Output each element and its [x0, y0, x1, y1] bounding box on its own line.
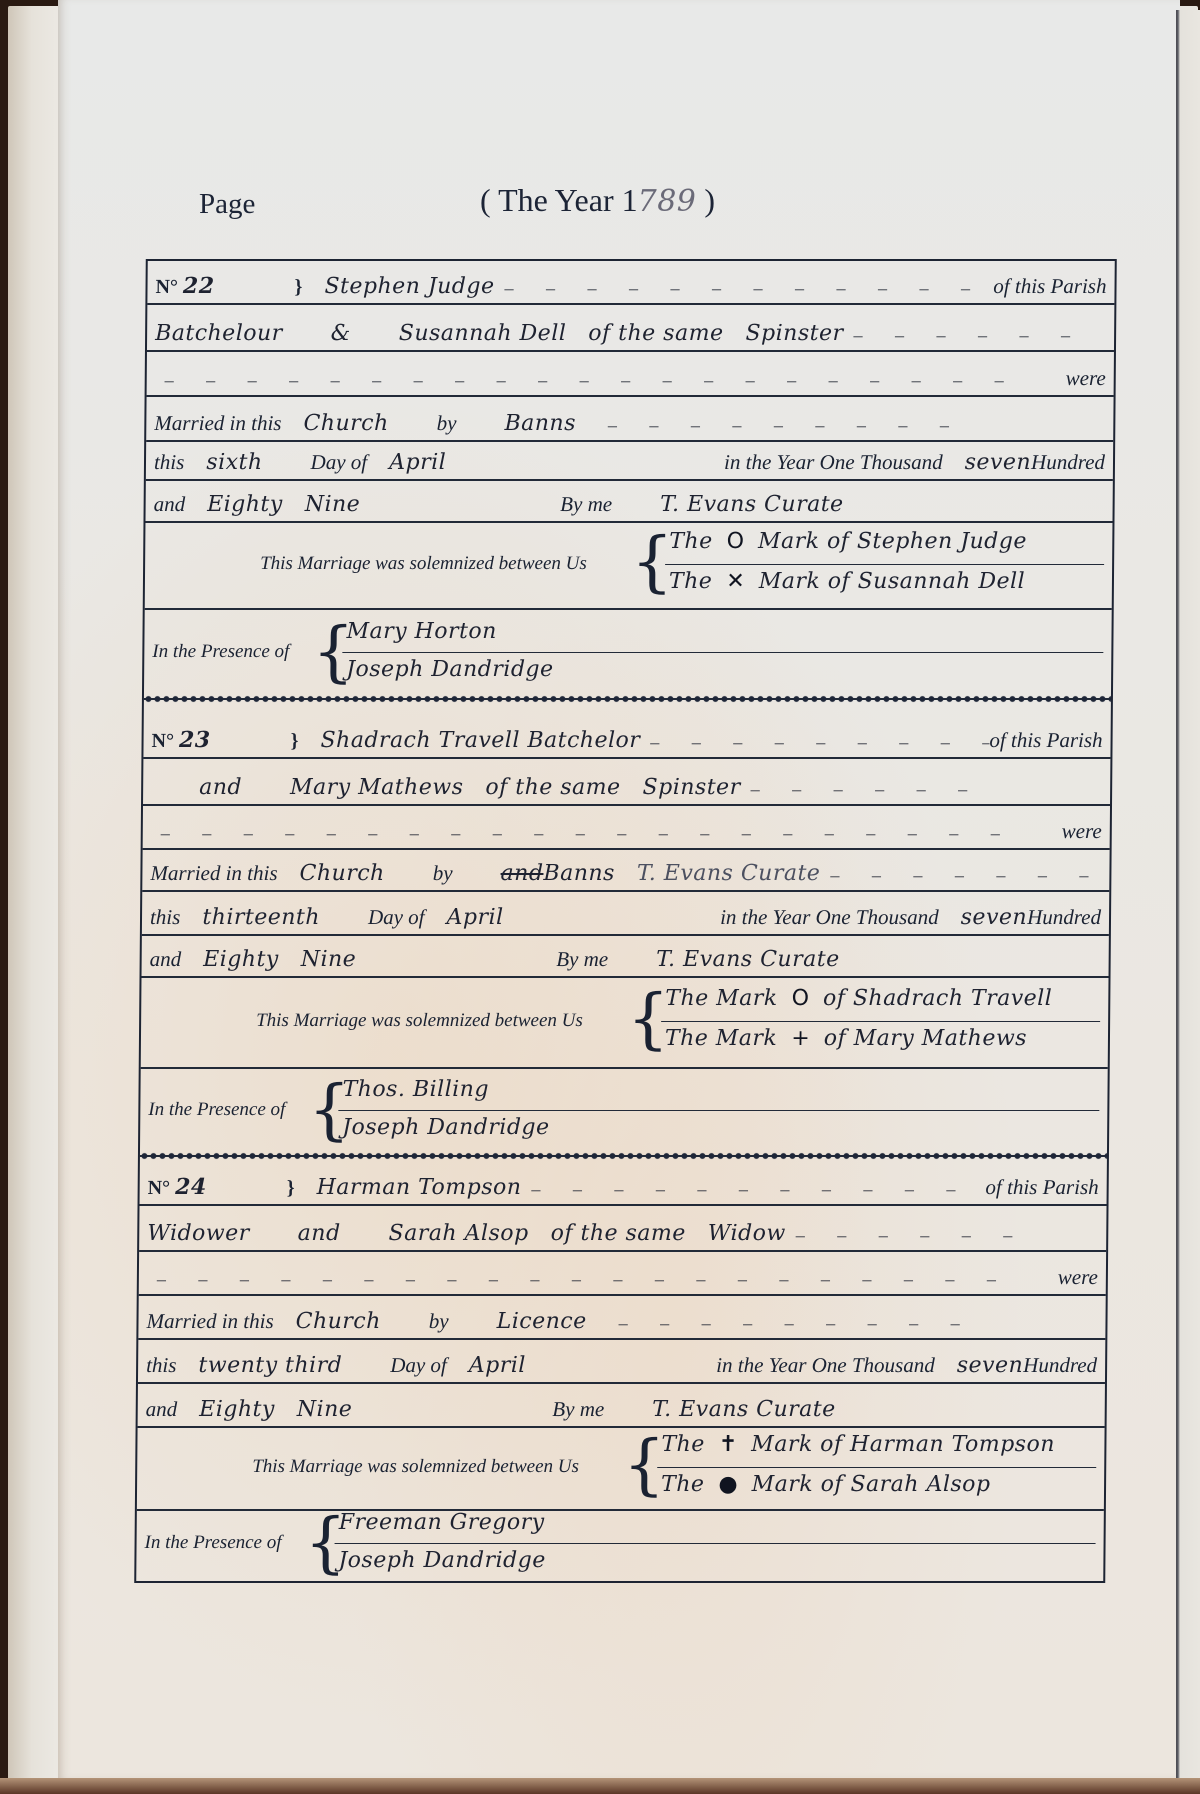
- entry-number-label: N° 22: [155, 273, 214, 299]
- presence-label: In the Presence of: [144, 1532, 281, 1554]
- in-the-year-label: in the Year One Thousand: [724, 450, 943, 475]
- day: sixth: [206, 450, 262, 475]
- witness-1: Freeman Gregory: [335, 1510, 1096, 1544]
- bride-name: Mary Mathews: [290, 775, 464, 800]
- this-label: this: [154, 450, 185, 475]
- witness-2: Joseph Dandridge: [338, 1115, 807, 1149]
- year-words-2: Nine: [305, 492, 361, 517]
- groom-mark: TheOMark of Stephen Judge: [665, 529, 1104, 565]
- bride-mark: The●Mark of Sarah Alsop: [657, 1472, 1096, 1508]
- officiant: T. Evans Curate: [656, 947, 840, 972]
- solemnized-label: This Marriage was solemnized between Us: [252, 1456, 579, 1478]
- were-label: were: [1058, 1265, 1098, 1290]
- and-label: and: [154, 492, 186, 517]
- officiant: T. Evans Curate: [652, 1397, 836, 1422]
- month: April: [446, 905, 503, 930]
- married-in-this: Married in this: [146, 1309, 273, 1334]
- married-row: Married in this Church by Licence – – – …: [138, 1296, 1105, 1340]
- number-prefix: N°: [155, 276, 178, 298]
- entry-number-label: N° 23: [151, 727, 210, 753]
- mark-symbol-icon: +: [777, 1026, 824, 1051]
- year-words-1: Eighty: [203, 947, 279, 972]
- number-prefix: N°: [151, 730, 174, 752]
- groom-mark: The✝Mark of Harman Tompson: [657, 1432, 1096, 1468]
- groom-mark-line-rest: Mark of Harman Tompson: [751, 1432, 1055, 1457]
- parties-row: Batchelour & Susannah Dell of the same S…: [147, 305, 1114, 352]
- solemnized-label: This Marriage was solemnized between Us: [256, 1010, 583, 1032]
- of-this-parish: of this Parish: [989, 728, 1102, 753]
- were-row: – – – – – – – – – – – – – – – – – – – – …: [147, 352, 1114, 397]
- year-handwritten: 789: [638, 184, 697, 219]
- bride-mark-line-the: The: [669, 569, 713, 594]
- day-of-label: Day of: [390, 1353, 447, 1378]
- filler-dashes: – – – – – –: [843, 325, 1106, 346]
- bride-mark: The✕Mark of Susannah Dell: [665, 569, 1104, 605]
- filler-dashes: – – – – – – – – – – – – – – – – – – – – …: [147, 1269, 1058, 1290]
- year-words-1: Eighty: [207, 492, 283, 517]
- conjunction: and: [199, 775, 242, 800]
- entry-number-row: N° 22 } Stephen Judge – – – – – – – – – …: [147, 261, 1114, 305]
- witness-2: Joseph Dandridge: [338, 1548, 546, 1573]
- parties-row: and Mary Mathews of the same Spinster – …: [143, 759, 1110, 806]
- bride-mark: The Mark+of Mary Mathews: [661, 1026, 1100, 1062]
- entry-number-row: N° 24 } Harman Tompson – – – – – – – – –…: [140, 1163, 1107, 1206]
- were-label: were: [1066, 366, 1106, 391]
- this-label: this: [150, 905, 181, 930]
- of-this-parish: of this Parish: [985, 1175, 1098, 1200]
- filler-dashes: – – – – – –: [786, 1225, 1099, 1246]
- married-in-this: Married in this: [154, 411, 281, 436]
- facing-page-edge: [1176, 10, 1200, 1780]
- place: Church: [299, 861, 384, 886]
- bride-mark-line-rest: Mark of Sarah Alsop: [752, 1472, 991, 1497]
- day-of-label: Day of: [310, 450, 367, 475]
- bride-status: Spinster: [643, 775, 741, 800]
- bride-name: Susannah Dell: [399, 321, 567, 346]
- witness-2: Joseph Dandridge: [342, 657, 811, 691]
- married-in-this: Married in this: [150, 861, 277, 886]
- filler-dashes: – – – – – – – – – – – – –: [640, 732, 989, 753]
- bride-parish: of the same: [588, 321, 723, 346]
- by-label: by: [433, 861, 453, 886]
- century-word: seven: [957, 1353, 1024, 1378]
- of-this-parish: of this Parish: [993, 274, 1106, 299]
- ornamental-divider: [140, 1151, 1107, 1161]
- witness-1: Mary Horton: [342, 619, 1103, 653]
- officiant-row: and Eighty Nine By me T. Evans Curate: [145, 481, 1112, 523]
- witness-2: Joseph Dandridge: [342, 1115, 550, 1140]
- witness-1: Mary Horton: [346, 619, 497, 644]
- officiant: T. Evans Curate: [660, 492, 844, 517]
- number: 24: [175, 1174, 207, 1200]
- were-row: – – – – – – – – – – – – – – – – – – – – …: [143, 806, 1110, 850]
- groom-mark-line-rest: Mark of Stephen Judge: [758, 529, 1027, 554]
- month: April: [469, 1353, 526, 1378]
- filler-dashes: – – – – – – – – –: [598, 415, 1106, 436]
- filler-dashes: – – – – – – – – –: [609, 1313, 1098, 1334]
- number-prefix: N°: [148, 1177, 171, 1199]
- officiant-row: and Eighty Nine By me T. Evans Curate: [142, 936, 1109, 978]
- presence-label: In the Presence of: [148, 1099, 285, 1121]
- married-row: Married in this Church by and Banns T. E…: [142, 850, 1109, 892]
- by-label: by: [437, 411, 457, 436]
- month: April: [389, 450, 446, 475]
- by-me-label: By me: [552, 1397, 604, 1422]
- parties-row: Widower and Sarah Alsop of the same Wido…: [139, 1206, 1106, 1252]
- presence-block: In the Presence of { Thos. Billing Josep…: [140, 1069, 1108, 1157]
- year-prefix: ( The Year 1: [480, 182, 638, 218]
- hundred-label: Hundred: [1023, 1353, 1097, 1378]
- presence-block: In the Presence of { Mary Horton Joseph …: [144, 610, 1112, 700]
- marriage-register-table: N° 22 } Stephen Judge – – – – – – – – – …: [134, 259, 1117, 1583]
- conjunction: &: [331, 321, 351, 346]
- witness-2: Joseph Dandridge: [334, 1548, 803, 1582]
- conjunction: and: [298, 1221, 341, 1246]
- bride-mark-line-rest: of Mary Mathews: [824, 1026, 1027, 1051]
- groom-mark-line-the: The: [669, 529, 713, 554]
- groom-name: Harman Tompson: [317, 1175, 522, 1200]
- witness-1: Thos. Billing: [338, 1077, 1099, 1111]
- bride-parish: of the same: [485, 775, 620, 800]
- filler-dashes: – – – – – – – – – – – – –: [521, 1179, 985, 1200]
- number: 22: [183, 273, 215, 299]
- bracket: }: [291, 730, 299, 753]
- by-me-label: By me: [560, 492, 612, 517]
- bride-status: Widow: [708, 1221, 786, 1246]
- bracket: }: [287, 1177, 295, 1200]
- were-row: – – – – – – – – – – – – – – – – – – – – …: [139, 1252, 1106, 1296]
- year-words-2: Nine: [297, 1397, 353, 1422]
- date-row: this thirteenth Day of April in the Year…: [142, 892, 1109, 936]
- day: thirteenth: [202, 905, 320, 930]
- witness-1: Freeman Gregory: [339, 1510, 545, 1535]
- groom-mark-line-rest: of Shadrach Travell: [823, 986, 1052, 1011]
- filler-dashes: – – – – – – – – – – – – –: [494, 278, 993, 299]
- entry-number-label: N° 24: [148, 1174, 207, 1200]
- bride-parish: of the same: [551, 1221, 686, 1246]
- presence-label: In the Presence of: [152, 641, 289, 663]
- solemnized-block: This Marriage was solemnized between Us …: [145, 523, 1113, 610]
- by-label: by: [429, 1309, 449, 1334]
- in-the-year-label: in the Year One Thousand: [720, 905, 939, 930]
- officiant-row: and Eighty Nine By me T. Evans Curate: [138, 1384, 1105, 1428]
- bracket: }: [295, 276, 303, 299]
- groom-name: Stephen Judge: [324, 274, 494, 299]
- by-me-label: By me: [556, 947, 608, 972]
- bride-status: Spinster: [745, 321, 843, 346]
- mark-symbol-icon: ●: [704, 1472, 751, 1497]
- witness-1: Thos. Billing: [342, 1077, 489, 1102]
- year-words-1: Eighty: [199, 1397, 275, 1422]
- year-heading: ( The Year 1789 ): [480, 182, 715, 219]
- day: twenty third: [198, 1353, 342, 1378]
- mark-symbol-icon: O: [778, 986, 824, 1011]
- groom-mark-line-the: The: [661, 1432, 705, 1457]
- groom-mark-line-the: The Mark: [665, 986, 778, 1011]
- this-label: this: [146, 1353, 177, 1378]
- filler-dashes: – – – – – – – – – – – – – – – – – – – – …: [151, 823, 1062, 844]
- bride-mark-line-rest: Mark of Susannah Dell: [759, 569, 1026, 594]
- groom-name: Shadrach Travell Batchelor: [320, 728, 640, 753]
- century-word: seven: [965, 450, 1032, 475]
- witness-2: Joseph Dandridge: [346, 657, 554, 682]
- book-cover-edge: [0, 1778, 1200, 1794]
- entry-number-row: N° 23 } Shadrach Travell Batchelor – – –…: [143, 714, 1110, 759]
- mark-symbol-icon: O: [713, 529, 759, 554]
- married-row: Married in this Church by Banns – – – – …: [146, 397, 1113, 442]
- mark-symbol-icon: ✕: [712, 569, 759, 594]
- were-label: were: [1062, 819, 1102, 844]
- hundred-label: Hundred: [1027, 905, 1101, 930]
- bride-mark-line-the: The Mark: [665, 1026, 778, 1051]
- year-suffix: ): [696, 182, 715, 218]
- method: Licence: [497, 1309, 587, 1334]
- method: Banns: [504, 411, 576, 436]
- day-of-label: Day of: [368, 905, 425, 930]
- page-label: Page: [199, 188, 255, 221]
- filler-dashes: – – – – – –: [741, 779, 1103, 800]
- groom-status: Batchelour: [155, 321, 283, 346]
- filler-dashes: – – – – – – – – – – – – – – – – – – – – …: [155, 370, 1066, 391]
- groom-status: Widower: [147, 1221, 250, 1246]
- presence-block: In the Presence of { Freeman Gregory Jos…: [136, 1511, 1104, 1581]
- and-label: and: [146, 1397, 178, 1422]
- number: 23: [179, 727, 211, 753]
- ornamental-divider: [144, 694, 1111, 704]
- and-label: and: [150, 947, 182, 972]
- solemnized-label: This Marriage was solemnized between Us: [260, 553, 587, 575]
- groom-mark: The MarkOof Shadrach Travell: [661, 986, 1100, 1022]
- date-row: this sixth Day of April in the Year One …: [146, 442, 1113, 481]
- method-overwrite: T. Evans Curate: [637, 861, 821, 886]
- date-row: this twenty third Day of April in the Ye…: [138, 1340, 1105, 1384]
- method: Banns: [543, 861, 615, 886]
- hundred-label: Hundred: [1031, 450, 1105, 475]
- bride-mark-line-the: The: [661, 1472, 705, 1497]
- mark-symbol-icon: ✝: [705, 1432, 752, 1457]
- solemnized-block: This Marriage was solemnized between Us …: [141, 978, 1109, 1069]
- place: Church: [303, 411, 388, 436]
- century-word: seven: [961, 905, 1028, 930]
- year-words-2: Nine: [301, 947, 357, 972]
- in-the-year-label: in the Year One Thousand: [716, 1353, 935, 1378]
- filler-dashes: – – – – – – – – –: [820, 865, 1101, 886]
- method-struck: and: [500, 861, 543, 886]
- solemnized-block: This Marriage was solemnized between Us …: [137, 1428, 1105, 1511]
- place: Church: [296, 1309, 381, 1334]
- bride-name: Sarah Alsop: [389, 1221, 529, 1246]
